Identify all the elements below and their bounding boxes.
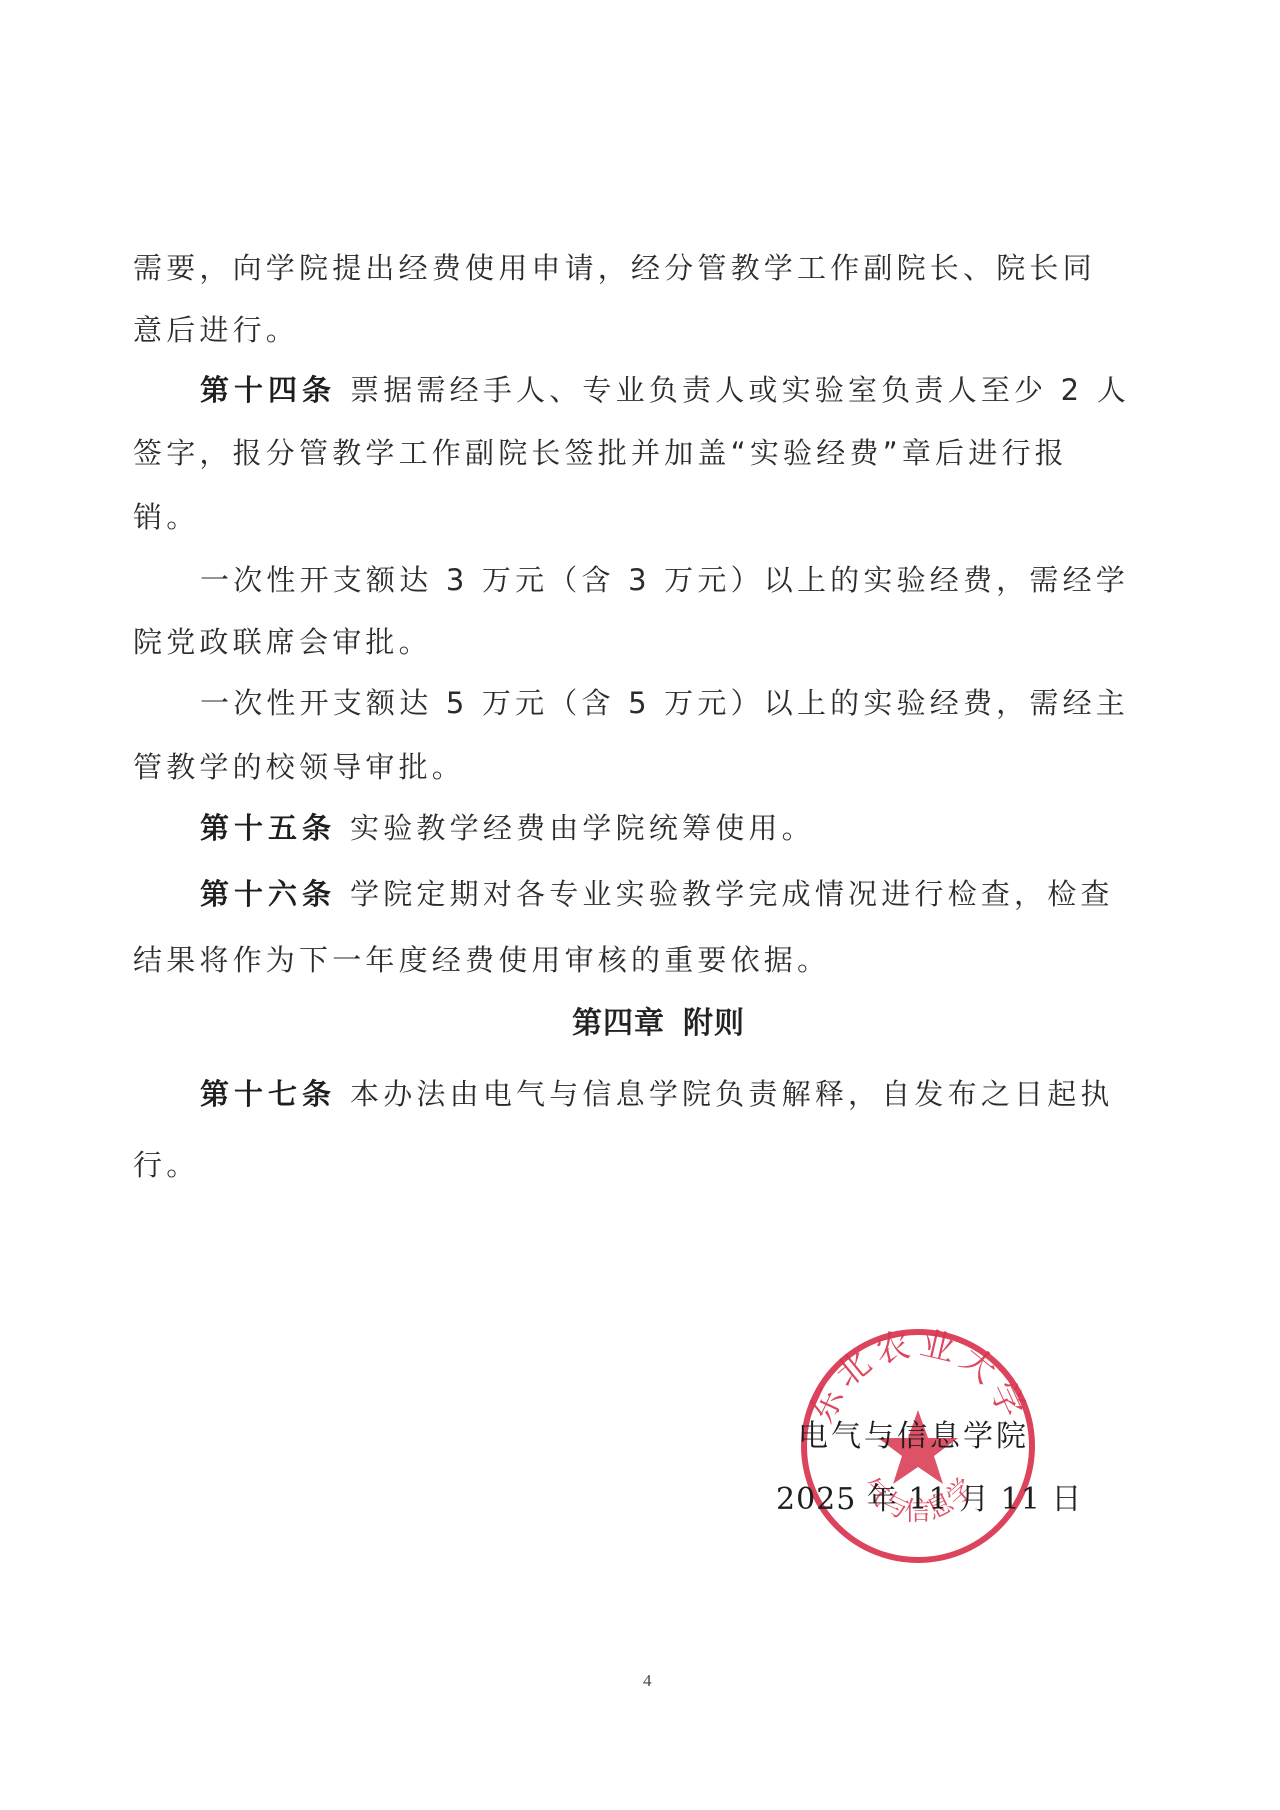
paragraph-line: 一次性开支额达 3 万元（含 3 万元）以上的实验经费，需经学 [200, 562, 1210, 598]
paragraph-line: 院党政联席会审批。 [133, 624, 1143, 660]
paragraph-line: 签字，报分管教学工作副院长签批并加盖“实验经费”章后进行报 [133, 435, 1143, 471]
line-text: 行。 [133, 1148, 199, 1182]
line-text: 一次性开支额达 5 万元（含 5 万元）以上的实验经费，需经主 [200, 686, 1129, 720]
paragraph-line: 意后进行。 [133, 312, 1143, 348]
line-text: 需要，向学院提出经费使用申请，经分管教学工作副院长、院长同 [133, 251, 1096, 285]
paragraph-line: 销。 [133, 499, 1143, 535]
line-text: 本办法由电气与信息学院负责解释，自发布之日起执 [350, 1077, 1114, 1111]
article-label: 第十六条 [200, 877, 336, 911]
chapter-title: 附则 [683, 1006, 745, 1041]
chapter-number: 第四章 [572, 1006, 665, 1041]
signature-organization: 电气与信息学院 [798, 1418, 1029, 1456]
article-16: 第十六条学院定期对各专业实验教学完成情况进行检查，检查 [200, 876, 1210, 912]
article-label: 第十五条 [200, 811, 336, 845]
line-text: 管教学的校领导审批。 [133, 750, 465, 784]
page-number: 4 [643, 1670, 652, 1692]
article-label: 第十七条 [200, 1077, 336, 1111]
paragraph-line: 一次性开支额达 5 万元（含 5 万元）以上的实验经费，需经主 [200, 685, 1210, 721]
line-text: 一次性开支额达 3 万元（含 3 万元）以上的实验经费，需经学 [200, 563, 1129, 597]
line-text: 签字，报分管教学工作副院长签批并加盖“实验经费”章后进行报 [133, 436, 1068, 470]
article-label: 第十四条 [200, 373, 336, 407]
signature-date: 2025 年 11 月 11 日 [776, 1481, 1082, 1519]
line-text: 院党政联席会审批。 [133, 625, 432, 659]
paragraph-line: 结果将作为下一年度经费使用审核的重要依据。 [133, 942, 1143, 978]
line-text: 实验教学经费由学院统筹使用。 [350, 811, 815, 845]
article-15: 第十五条实验教学经费由学院统筹使用。 [200, 810, 1210, 846]
line-text: 结果将作为下一年度经费使用审核的重要依据。 [133, 943, 830, 977]
line-text: 票据需经手人、专业负责人或实验室负责人至少 2 人 [350, 373, 1130, 407]
line-text: 销。 [133, 500, 199, 534]
article-14: 第十四条票据需经手人、专业负责人或实验室负责人至少 2 人 [200, 372, 1210, 408]
paragraph-line: 行。 [133, 1147, 1143, 1183]
paragraph-line: 需要，向学院提出经费使用申请，经分管教学工作副院长、院长同 [133, 250, 1143, 286]
article-17: 第十七条本办法由电气与信息学院负责解释，自发布之日起执 [200, 1076, 1210, 1112]
line-text: 意后进行。 [133, 313, 299, 347]
chapter-heading: 第四章附则 [572, 1006, 745, 1042]
line-text: 学院定期对各专业实验教学完成情况进行检查，检查 [350, 877, 1114, 911]
paragraph-line: 管教学的校领导审批。 [133, 749, 1143, 785]
